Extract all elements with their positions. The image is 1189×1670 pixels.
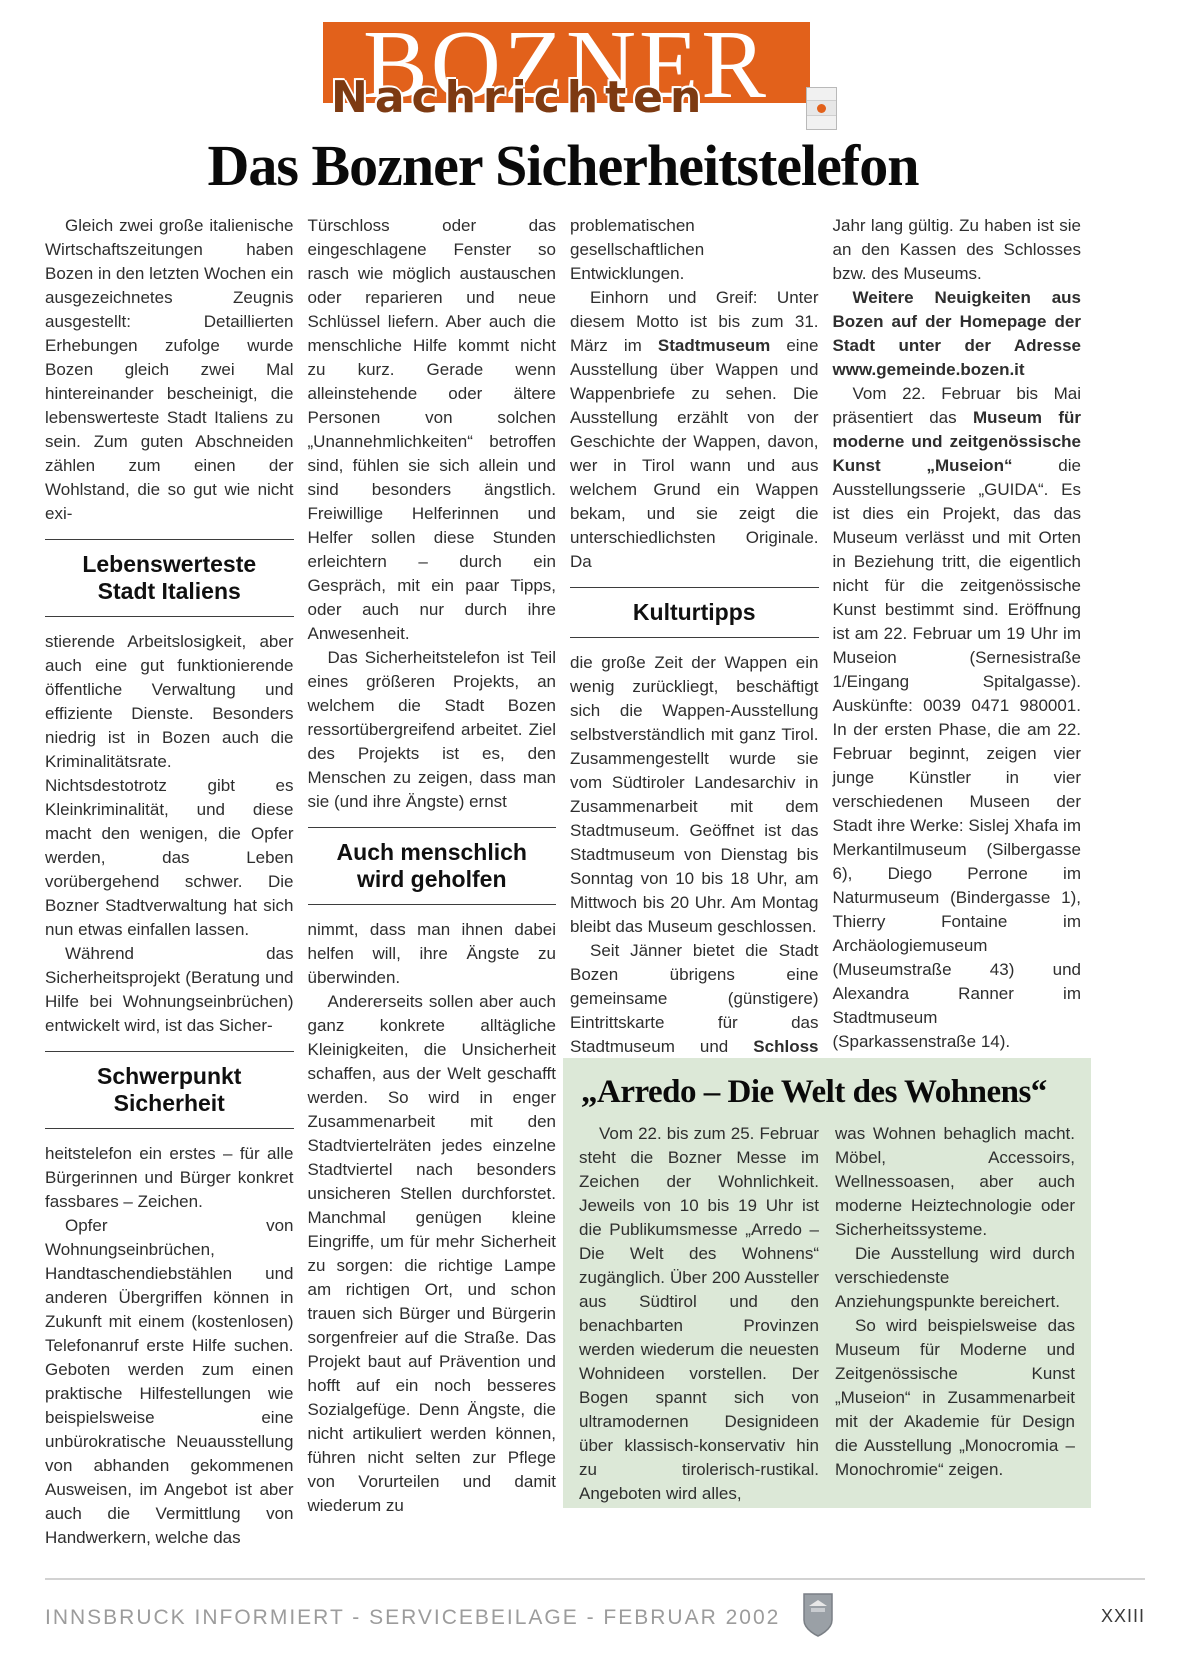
- flag-stripe-bottom: [807, 115, 836, 129]
- section-subhead: Kulturtipps: [570, 587, 819, 638]
- article-paragraph: was Wohnen behaglich macht. Möbel, Acces…: [835, 1122, 1075, 1242]
- article-paragraph: Die Ausstellung wird durch verschiedenst…: [835, 1242, 1075, 1314]
- article-paragraph: stierende Arbeitslosigkeit, aber auch ei…: [45, 630, 294, 942]
- article-column-1: Gleich zwei große italienische Wirtschaf…: [45, 214, 294, 1550]
- section-subhead: Auch menschlichwird geholfen: [308, 827, 557, 905]
- page-footer: INNSBRUCK INFORMIERT - SERVICEBEILAGE - …: [45, 1598, 1145, 1650]
- article-paragraph: Weitere Neuigkeiten aus Bozen auf der Ho…: [833, 286, 1082, 382]
- article-paragraph: die große Zeit der Wappen ein wenig zurü…: [570, 651, 819, 939]
- article-paragraph: Andererseits sollen aber auch ganz konkr…: [308, 990, 557, 1518]
- innsbruck-crest-icon: [802, 1592, 834, 1638]
- article-paragraph: heitstelefon ein erstes – für alle Bürge…: [45, 1142, 294, 1214]
- article-paragraph: Gleich zwei große italienische Wirtschaf…: [45, 214, 294, 526]
- arredo-columns: Vom 22. bis zum 25. Februar steht die Bo…: [579, 1122, 1075, 1506]
- section-subhead: SchwerpunktSicherheit: [45, 1051, 294, 1129]
- article-paragraph: Vom 22. Februar bis Mai präsentiert das …: [833, 382, 1082, 1054]
- logo-word-nachrichten: Nachrichten: [331, 76, 708, 120]
- article-paragraph: So wird beispielsweise das Museum für Mo…: [835, 1314, 1075, 1482]
- flag-stripe-top: [807, 88, 836, 101]
- section-subhead: LebenswertesteStadt Italiens: [45, 539, 294, 617]
- article-headline: Das Bozner Sicherheitstelefon: [45, 134, 1081, 198]
- arredo-column-1: Vom 22. bis zum 25. Februar steht die Bo…: [579, 1122, 819, 1506]
- arredo-column-2: was Wohnen behaglich macht. Möbel, Acces…: [835, 1122, 1075, 1506]
- footer-divider: [45, 1578, 1145, 1580]
- footer-imprint: INNSBRUCK INFORMIERT - SERVICEBEILAGE - …: [45, 1606, 780, 1630]
- flag-stripe-middle: [807, 101, 836, 115]
- article-paragraph: Vom 22. bis zum 25. Februar steht die Bo…: [579, 1122, 819, 1506]
- arredo-box: „Arredo – Die Welt des Wohnens“ Vom 22. …: [563, 1058, 1091, 1508]
- page-number: XXIII: [1101, 1606, 1145, 1627]
- article-paragraph: Einhorn und Greif: Unter diesem Motto is…: [570, 286, 819, 574]
- article-paragraph: Opfer von Wohnungseinbrüchen, Handtasche…: [45, 1214, 294, 1550]
- article-paragraph: Jahr lang gültig. Zu haben ist sie an de…: [833, 214, 1082, 286]
- article-paragraph: nimmt, dass man ihnen dabei helfen will,…: [308, 918, 557, 990]
- article-column-2: Türschloss oder das eingeschlagene Fenst…: [308, 214, 557, 1550]
- article-paragraph: Das Sicherheitstelefon ist Teil eines gr…: [308, 646, 557, 814]
- article-paragraph: Türschloss oder das eingeschlagene Fenst…: [308, 214, 557, 646]
- arredo-title: „Arredo – Die Welt des Wohnens“: [581, 1074, 1075, 1110]
- newspaper-page: BOZNER Nachrichten Das Bozner Sicherheit…: [0, 0, 1189, 1670]
- flag-icon: [806, 87, 837, 130]
- article-paragraph: Während das Sicherheitsprojekt (Beratung…: [45, 942, 294, 1038]
- article-paragraph: problematischen gesellschaftlichen Entwi…: [570, 214, 819, 286]
